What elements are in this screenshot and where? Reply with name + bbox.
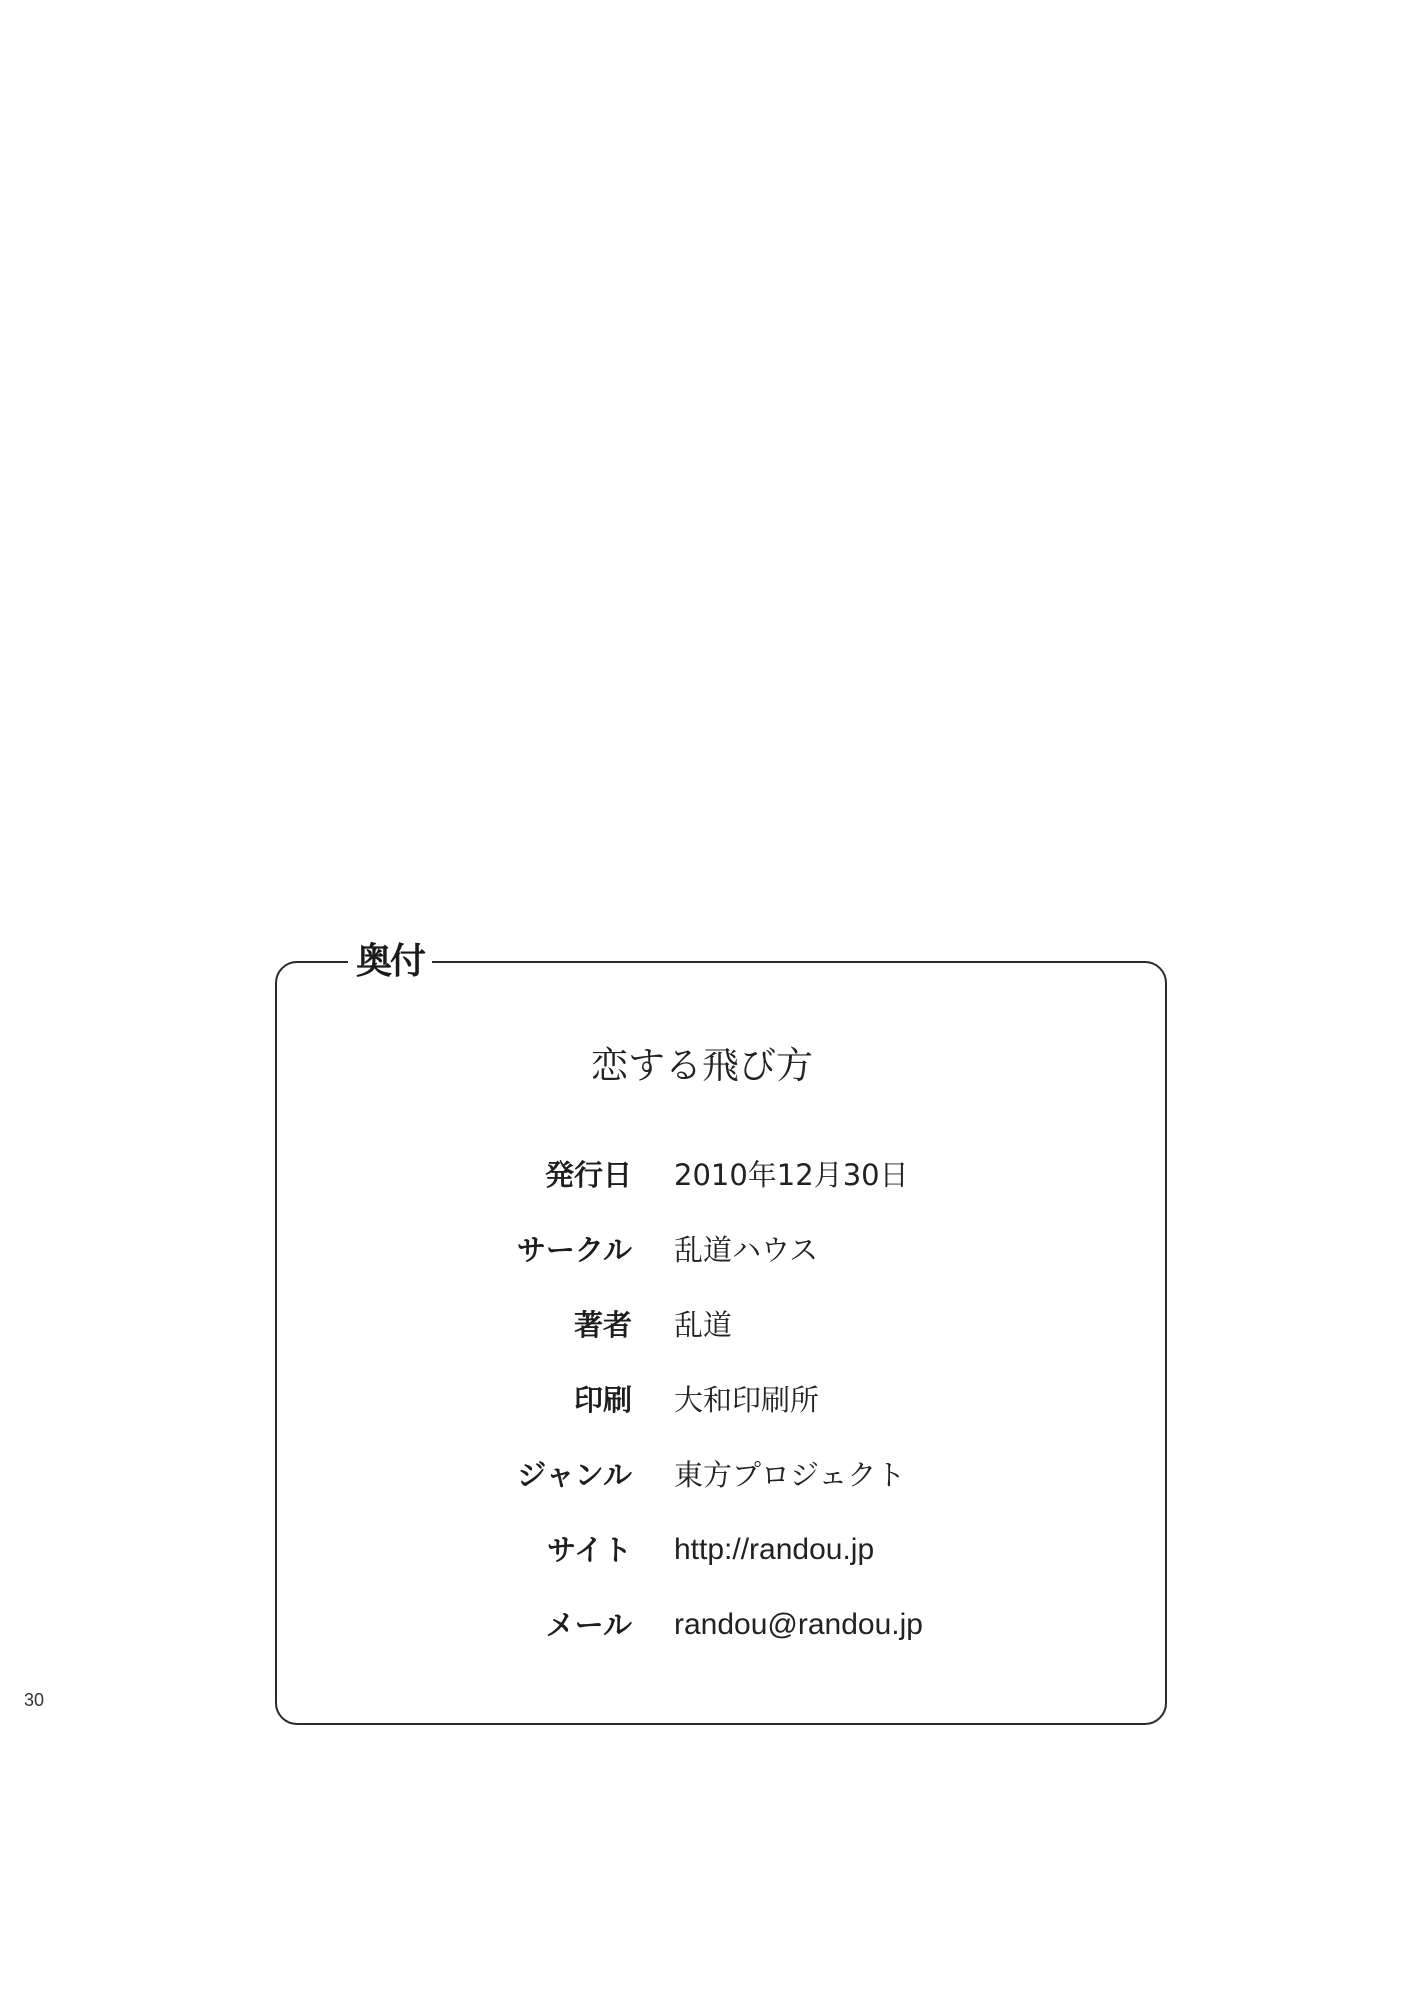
genre-value: 東方プロジェクト xyxy=(674,1450,905,1500)
page-number: 30 xyxy=(24,1690,44,1711)
email-address[interactable]: randou@randou.jp xyxy=(674,1600,923,1650)
printer-label: 印刷 xyxy=(574,1375,632,1425)
publish-date-label: 発行日 xyxy=(545,1150,632,1200)
colophon-row-genre: ジャンル 東方プロジェクト xyxy=(0,1450,1404,1500)
site-label: サイト xyxy=(547,1525,632,1575)
circle-value: 乱道ハウス xyxy=(674,1225,818,1275)
colophon-heading: 奥付 xyxy=(348,935,432,987)
colophon-row-email: メール randou@randou.jp xyxy=(0,1600,1404,1650)
circle-label: サークル xyxy=(517,1225,632,1275)
colophon-row-publish-date: 発行日 2010年12月30日 xyxy=(0,1150,1404,1200)
genre-label: ジャンル xyxy=(517,1450,632,1500)
author-value: 乱道 xyxy=(674,1300,732,1350)
colophon-row-printer: 印刷 大和印刷所 xyxy=(0,1375,1404,1425)
author-label: 著者 xyxy=(574,1300,632,1350)
colophon-row-author: 著者 乱道 xyxy=(0,1300,1404,1350)
site-url[interactable]: http://randou.jp xyxy=(674,1525,874,1575)
email-label: メール xyxy=(546,1600,632,1650)
printer-value: 大和印刷所 xyxy=(674,1375,819,1425)
publish-date-value: 2010年12月30日 xyxy=(674,1150,909,1200)
colophon-row-circle: サークル 乱道ハウス xyxy=(0,1225,1404,1275)
colophon-row-site: サイト http://randou.jp xyxy=(0,1525,1404,1575)
book-title: 恋する飛び方 xyxy=(0,1040,1404,1092)
